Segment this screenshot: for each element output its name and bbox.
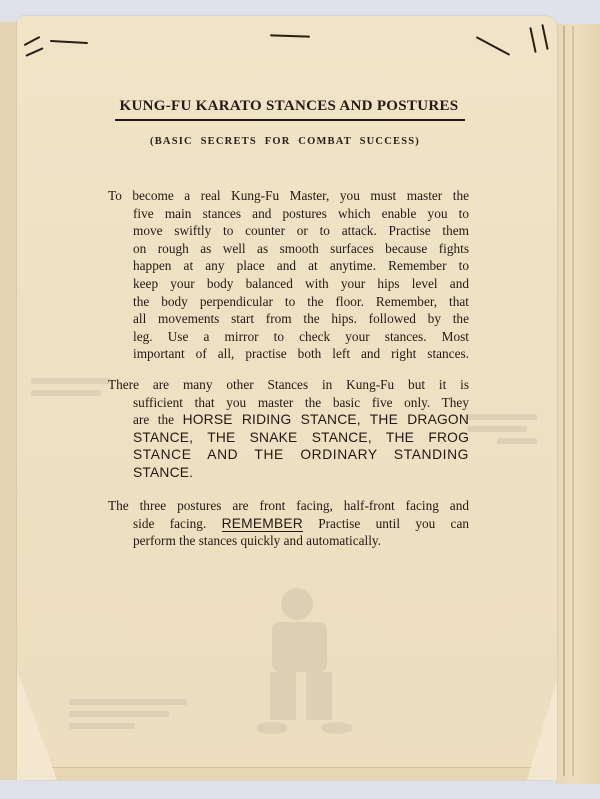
text-line: move swiftly to counter or to attack. Pr… — [108, 222, 469, 240]
title-underline — [115, 119, 465, 121]
bleed-through-text — [69, 699, 187, 705]
text-line: the body perpendicular to the floor. Rem… — [108, 293, 469, 311]
text-line: leg. Use a mirror to check your stances.… — [108, 328, 469, 346]
text-line: happen at any place and at anytime. Reme… — [108, 257, 469, 275]
page-edge-line — [563, 26, 565, 776]
back-sheet-right-edge — [555, 24, 600, 784]
text-line: To become a real Kung-Fu Master, you mus… — [108, 187, 469, 205]
page-edge-line — [572, 26, 574, 776]
text-line: important of all, practise both left and… — [108, 345, 469, 363]
bleed-through-text — [465, 414, 537, 420]
text-line: keep your body balanced with your hips l… — [108, 275, 469, 293]
text-line: five main stances and postures which ena… — [108, 205, 469, 223]
ink-mark — [476, 36, 510, 56]
text-line: There are many other Stances in Kung-Fu … — [108, 376, 469, 394]
folded-corner-left — [17, 670, 57, 780]
paragraph-postures: The three postures are front facing, hal… — [108, 497, 469, 550]
text-line: perform the stances quickly and automati… — [108, 532, 469, 550]
ink-mark — [529, 27, 536, 53]
ink-mark — [541, 24, 548, 50]
page-bottom-edge — [45, 767, 545, 780]
text-fragment: are the — [133, 412, 174, 427]
document-subtitle: (BASIC SECRETS FOR COMBAT SUCCESS) — [100, 136, 470, 147]
stance-names: STANCE AND THE ORDINARY STANDING — [108, 446, 469, 464]
stance-names: STANCE. — [108, 464, 469, 482]
text-line: The three postures are front facing, hal… — [108, 497, 469, 515]
bleed-through-text — [497, 438, 537, 444]
bleed-through-text — [69, 723, 135, 729]
text-fragment: side facing. — [133, 516, 206, 531]
bleed-through-figure — [242, 586, 362, 736]
ink-mark — [25, 47, 43, 57]
text-line: sufficient that you master the basic fiv… — [108, 394, 469, 412]
document-title: KUNG-FU KARATO STANCES AND POSTURES — [113, 98, 465, 115]
bleed-through-text — [31, 390, 101, 396]
text-fragment: Practise until you can — [318, 516, 469, 531]
stance-names: STANCE, THE SNAKE STANCE, THE FROG — [108, 429, 469, 447]
bleed-through-text — [31, 378, 111, 384]
ink-mark — [50, 40, 88, 44]
paragraph-stances: There are many other Stances in Kung-Fu … — [108, 376, 469, 482]
ink-mark — [24, 36, 41, 46]
ink-mark — [270, 34, 310, 37]
text-line: side facing. REMEMBER Practise until you… — [108, 515, 469, 533]
text-line: on rough as well as smooth surfaces beca… — [108, 240, 469, 258]
text-line: are the HORSE RIDING STANCE, THE DRAGON — [108, 411, 469, 429]
remember-emphasis: REMEMBER — [222, 516, 303, 532]
text-line: all movements start from the hips. follo… — [108, 310, 469, 328]
folded-corner-right — [527, 680, 557, 780]
bleed-through-text — [467, 426, 527, 432]
bleed-through-text — [69, 711, 169, 717]
paragraph-intro: To become a real Kung-Fu Master, you mus… — [108, 187, 469, 363]
stance-names: HORSE RIDING STANCE, THE DRAGON — [183, 412, 469, 427]
